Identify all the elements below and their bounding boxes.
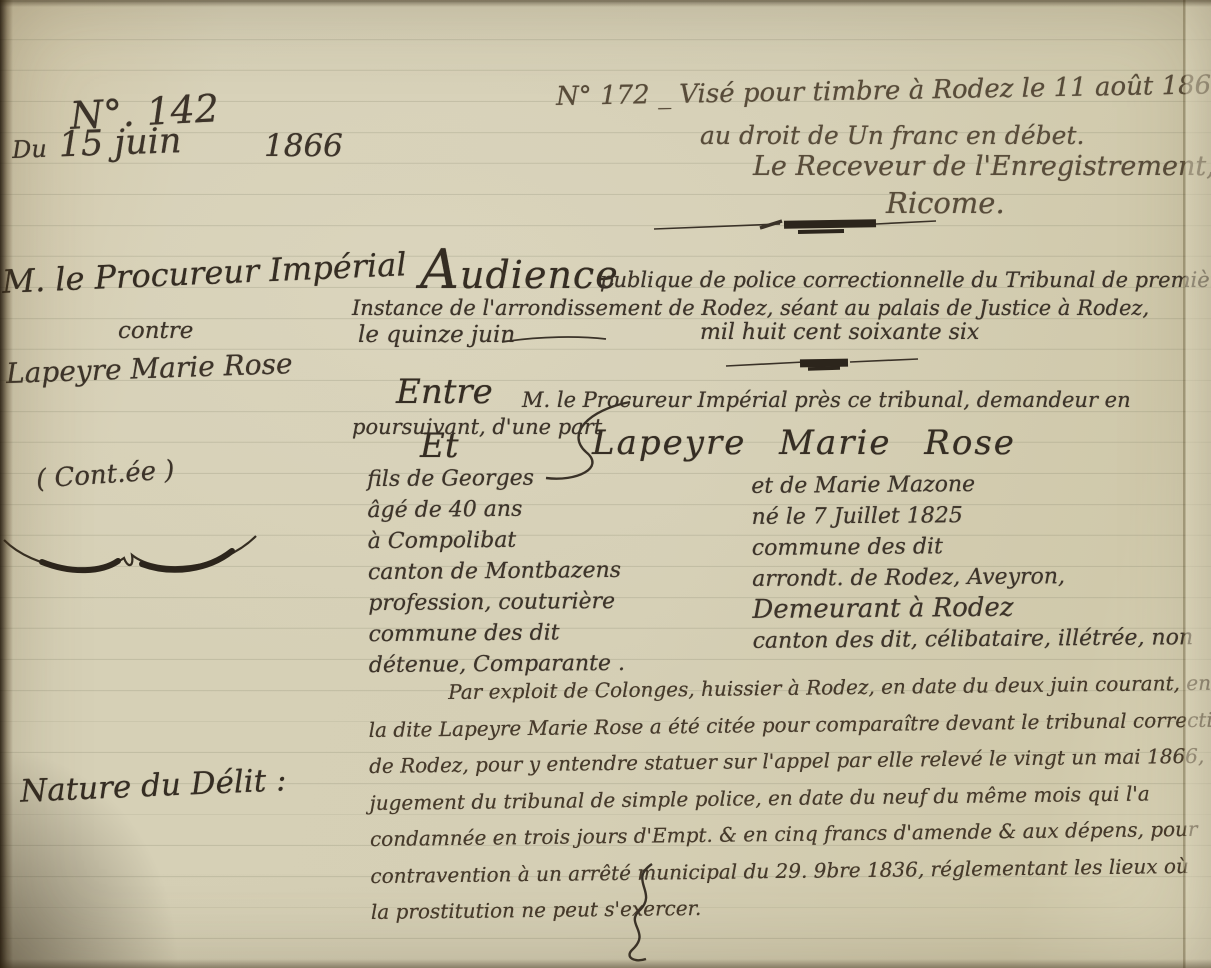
margin-offense-heading: Nature du Délit :: [19, 762, 287, 810]
margin-continuation-note: ( Cont.ée ): [35, 455, 175, 495]
margin-versus-label: contre: [118, 318, 193, 344]
detail-line: âgé de 40 ans: [367, 493, 623, 526]
detail-line: commune des dit: [368, 617, 624, 650]
et-heading: Et: [420, 426, 458, 466]
entre-heading: Entre: [396, 372, 493, 412]
audience-line2: Instance de l'arrondissement de Rodez, s…: [352, 296, 1149, 320]
citation-paragraph: Par exploit de Colonges, huissier à Rode…: [368, 664, 1211, 931]
defendant-details-right-column: et de Marie Mazone né le 7 Juillet 1825 …: [751, 467, 1193, 657]
registry-date: Du15 juin: [11, 121, 182, 167]
audience-line1: publique de police correctionnelle du Tr…: [600, 268, 1211, 292]
detail-line: fils de Georges: [367, 462, 623, 495]
detail-line: et de Marie Mazone: [751, 467, 1192, 502]
stamp-fee-line: au droit de Un franc en débet.: [700, 121, 1084, 150]
page-edge-top: [0, 0, 1211, 7]
defendant-details-left-column: fils de Georges âgé de 40 ans à Compolib…: [367, 462, 625, 681]
audience-date-right: mil huit cent soixante six: [700, 320, 979, 345]
divider-flourish: [722, 354, 922, 374]
audience-date-left: le quinze juin: [358, 322, 515, 348]
margin-defendant-name: Lapeyre Marie Rose: [6, 347, 293, 390]
detail-line: à Compolibat: [368, 524, 624, 557]
divider-flourish: [648, 214, 940, 238]
registry-date-prefix: Du: [12, 135, 48, 164]
defendant-name-line: Lapeyre Marie Rose: [592, 423, 1016, 463]
detail-line: canton des dit, célibataire, illétrée, n…: [753, 622, 1194, 657]
detail-line: canton de Montbazens: [368, 555, 624, 588]
stamp-receiver-line: Le Receveur de l'Enregistrement,: [753, 151, 1211, 182]
detail-line: arrondt. de Rodez, Aveyron,: [752, 560, 1193, 595]
registry-date-year: 1866: [264, 128, 343, 164]
margin-plaintiff-name: M. le Procureur Impérial: [1, 245, 407, 301]
detail-line: commune des dit: [752, 529, 1193, 564]
underline-flourish: [500, 332, 610, 346]
brace-flourish: [0, 524, 260, 584]
detail-line: profession, couturière: [368, 586, 624, 619]
squiggle-flourish: [598, 862, 668, 966]
audience-heading: Audience: [420, 238, 619, 301]
registry-date-main: 15 juin: [58, 121, 182, 165]
detail-line: Demeurant à Rodez: [752, 591, 1193, 626]
stamp-visa-line: N° 172 _ Visé pour timbre à Rodez le 11 …: [556, 70, 1211, 112]
detail-line: né le 7 Juillet 1825: [751, 498, 1192, 533]
manuscript-page: N°. 142 Du15 juin 1866 N° 172 _ Visé pou…: [0, 0, 1211, 968]
